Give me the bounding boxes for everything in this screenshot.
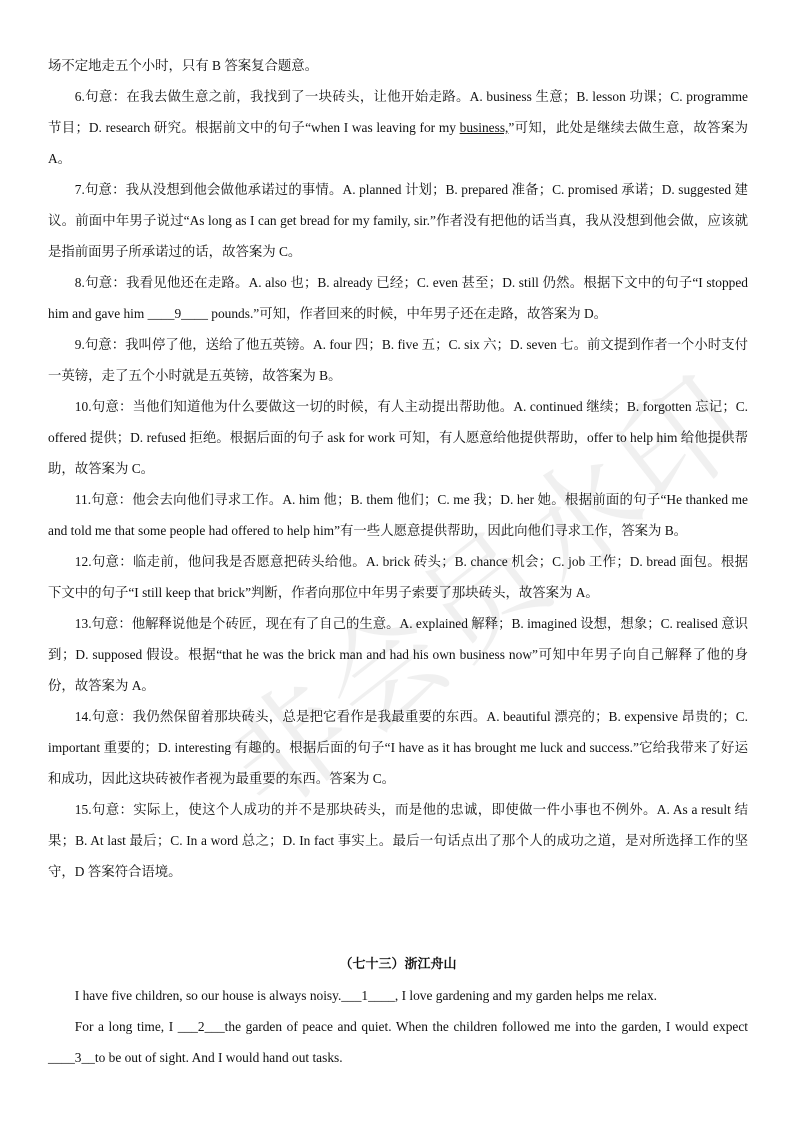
passage-paragraph-2: For a long time, I ___2___the garden of …: [48, 1011, 748, 1073]
paragraph-continuation: 场不定地走五个小时，只有 B 答案复合题意。: [48, 50, 748, 81]
explanation-10: 10.句意：当他们知道他为什么要做这一切的时候，有人主动提出帮助他。A. con…: [48, 391, 748, 484]
passage-paragraph-1: I have five children, so our house is al…: [48, 980, 748, 1011]
document-page: 非会员水印 场不定地走五个小时，只有 B 答案复合题意。 6.句意：在我去做生意…: [0, 0, 793, 1122]
explanation-9: 9.句意：我叫停了他，送给了他五英镑。A. four 四；B. five 五；C…: [48, 329, 748, 391]
document-content: 场不定地走五个小时，只有 B 答案复合题意。 6.句意：在我去做生意之前，我找到…: [48, 50, 748, 1073]
explanation-6: 6.句意：在我去做生意之前，我找到了一块砖头，让他开始走路。A. busines…: [48, 81, 748, 174]
explanation-11: 11.句意：他会去向他们寻求工作。A. him 他；B. them 他们；C. …: [48, 484, 748, 546]
section-title: （七十三）浙江舟山: [48, 949, 748, 980]
explanation-15: 15.句意：实际上，使这个人成功的并不是那块砖头，而是他的忠诚，即使做一件小事也…: [48, 794, 748, 887]
explanation-12: 12.句意：临走前，他问我是否愿意把砖头给他。A. brick 砖头；B. ch…: [48, 546, 748, 608]
section-spacer: [48, 887, 748, 949]
explanation-14: 14.句意：我仍然保留着那块砖头，总是把它看作是我最重要的东西。A. beaut…: [48, 701, 748, 794]
explanation-13: 13.句意：他解释说他是个砖匠，现在有了自己的生意。A. explained 解…: [48, 608, 748, 701]
underlined-quote: business,: [460, 120, 509, 135]
explanation-8: 8.句意：我看见他还在走路。A. also 也；B. already 已经；C.…: [48, 267, 748, 329]
explanation-7: 7.句意：我从没想到他会做他承诺过的事情。A. planned 计划；B. pr…: [48, 174, 748, 267]
